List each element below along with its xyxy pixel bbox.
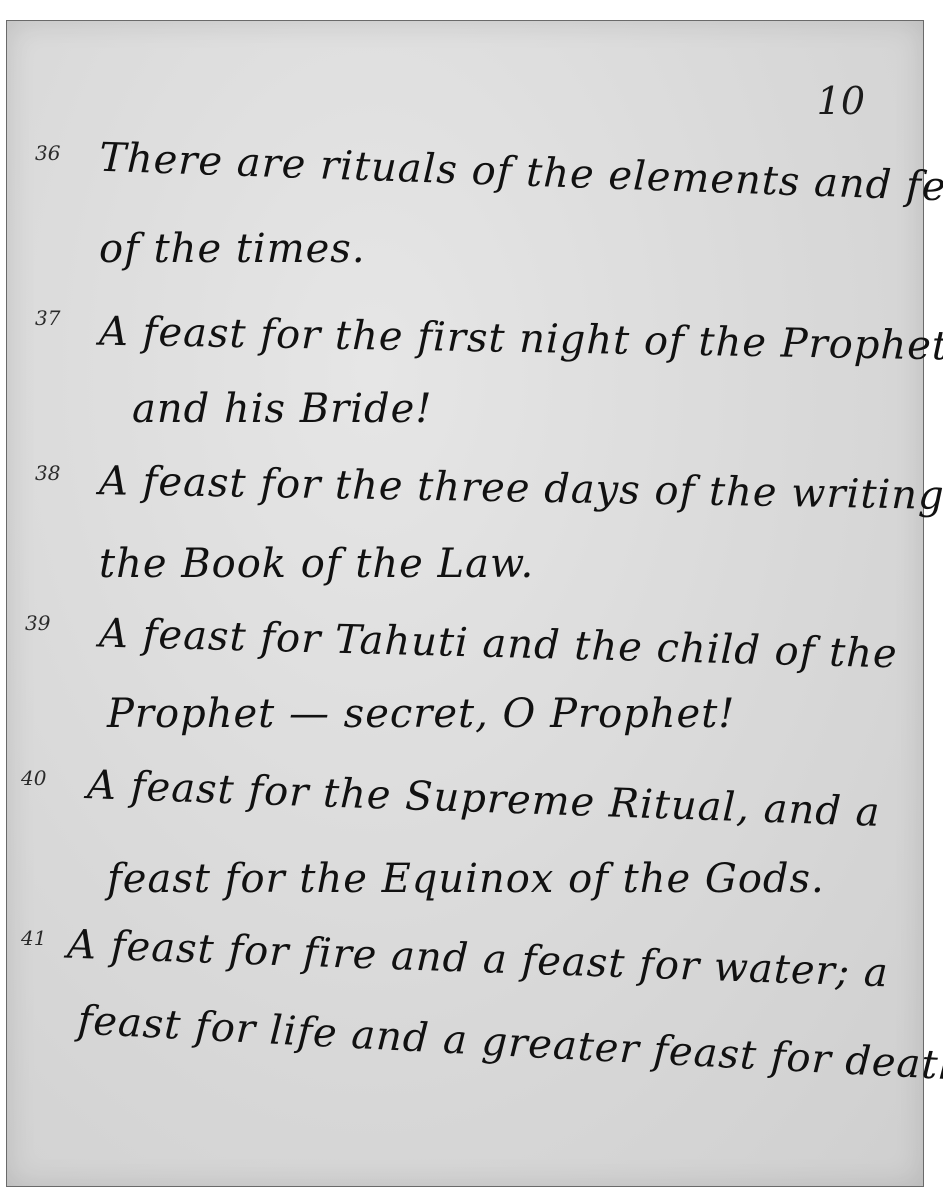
verse-line: A feast for the Supreme Ritual, and a <box>86 762 881 836</box>
verse-line: A feast for fire and a feast for water; … <box>66 922 889 997</box>
verse-line: A feast for Tahuti and the child of the <box>99 611 899 678</box>
page-number: 10 <box>817 79 865 123</box>
verse-line: feast for life and a greater feast for d… <box>76 997 943 1090</box>
verse-number: 41 <box>21 926 46 950</box>
verse-line: A feast for the first night of the Proph… <box>99 309 943 370</box>
manuscript-page: 10 36 There are rituals of the elements … <box>6 20 924 1187</box>
verse-line: There are rituals of the elements and fe… <box>98 135 943 214</box>
verse-line: A feast for the three days of the writin… <box>99 458 943 520</box>
verse-line: feast for the Equinox of the Gods. <box>107 856 825 902</box>
verse-number: 39 <box>25 611 50 635</box>
verse-number: 40 <box>21 766 46 790</box>
verse-line: of the times. <box>99 226 366 272</box>
verse-number: 38 <box>35 461 60 485</box>
verse-line: the Book of the Law. <box>99 541 534 587</box>
verse-line: and his Bride! <box>132 386 432 432</box>
verse-number: 36 <box>35 141 60 165</box>
verse-line: Prophet — secret, O Prophet! <box>107 691 735 737</box>
verse-number: 37 <box>35 306 60 330</box>
